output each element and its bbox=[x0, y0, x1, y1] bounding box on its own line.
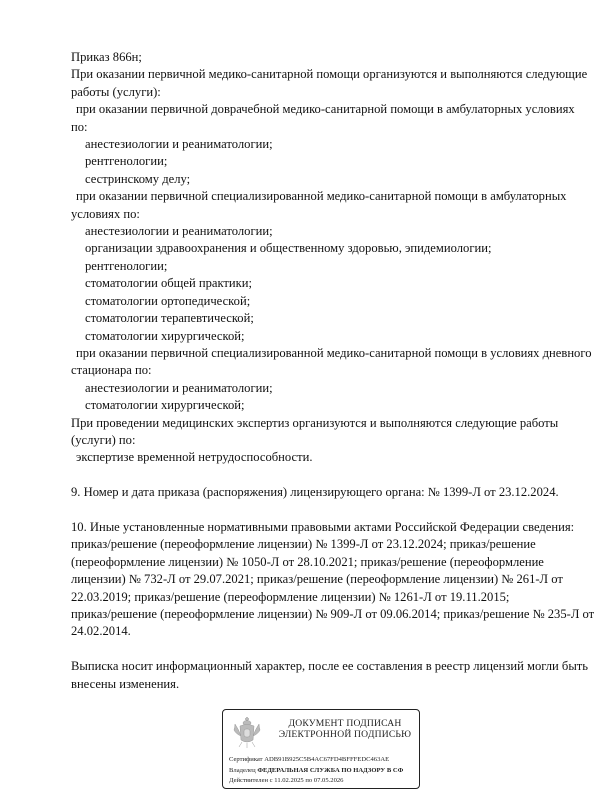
text-line: стоматологии хирургической; bbox=[71, 397, 581, 414]
stamp-title-line1: ДОКУМЕНТ ПОДПИСАН bbox=[275, 718, 415, 729]
blank-line bbox=[71, 467, 581, 484]
text-line: 9. Номер и дата приказа (распоряжения) л… bbox=[71, 484, 581, 501]
certificate-value: ADB91B925C5B4AC67FD4BFFFEDC463AE bbox=[264, 756, 389, 763]
text-line: лицензии) № 732-Л от 29.07.2021; приказ/… bbox=[71, 571, 581, 588]
text-line: рентгенологии; bbox=[71, 153, 581, 170]
text-line: стоматологии общей практики; bbox=[71, 275, 581, 292]
electronic-signature-stamp: ДОКУМЕНТ ПОДПИСАН ЭЛЕКТРОННОЙ ПОДПИСЬЮ С… bbox=[222, 709, 420, 789]
stamp-details: Сертификат ADB91B925C5B4AC67FD4BFFFEDC46… bbox=[229, 755, 403, 787]
text-line: стационара по: bbox=[71, 362, 581, 379]
text-line: 24.02.2014. bbox=[71, 623, 581, 640]
text-line: при оказании первичной специализированно… bbox=[71, 345, 581, 362]
text-line: Выписка носит информационный характер, п… bbox=[71, 658, 581, 675]
text-line: внесены изменения. bbox=[71, 676, 581, 693]
stamp-title-line2: ЭЛЕКТРОННОЙ ПОДПИСЬЮ bbox=[275, 729, 415, 740]
owner-line: Владелец ФЕДЕРАЛЬНАЯ СЛУЖБА ПО НАДЗОРУ В… bbox=[229, 766, 403, 777]
text-line: рентгенологии; bbox=[71, 258, 581, 275]
blank-line bbox=[71, 502, 581, 519]
text-line: стоматологии хирургической; bbox=[71, 328, 581, 345]
text-line: анестезиологии и реаниматологии; bbox=[71, 136, 581, 153]
text-line: анестезиологии и реаниматологии; bbox=[71, 223, 581, 240]
text-line: условиях по: bbox=[71, 206, 581, 223]
text-line: приказ/решение (переоформление лицензии)… bbox=[71, 606, 581, 623]
owner-value: ФЕДЕРАЛЬНАЯ СЛУЖБА ПО НАДЗОРУ В СФ bbox=[257, 767, 403, 774]
text-line: сестринскому делу; bbox=[71, 171, 581, 188]
owner-label: Владелец bbox=[229, 767, 256, 774]
text-line: стоматологии терапевтической; bbox=[71, 310, 581, 327]
text-line: (услуги) по: bbox=[71, 432, 581, 449]
text-line: приказ/решение (переоформление лицензии)… bbox=[71, 536, 581, 553]
stamp-title: ДОКУМЕНТ ПОДПИСАН ЭЛЕКТРОННОЙ ПОДПИСЬЮ bbox=[275, 718, 415, 740]
text-line: при оказании первичной доврачебной медик… bbox=[71, 101, 581, 118]
text-line: При проведении медицинских экспертиз орг… bbox=[71, 415, 581, 432]
text-line: работы (услуги): bbox=[71, 84, 581, 101]
document-body: Приказ 866н;При оказании первичной медик… bbox=[71, 49, 581, 693]
text-line: Приказ 866н; bbox=[71, 49, 581, 66]
text-line: стоматологии ортопедической; bbox=[71, 293, 581, 310]
text-line: экспертизе временной нетрудоспособности. bbox=[71, 449, 581, 466]
text-line: анестезиологии и реаниматологии; bbox=[71, 380, 581, 397]
text-line: 22.03.2019; приказ/решение (переоформлен… bbox=[71, 589, 581, 606]
certificate-line: Сертификат ADB91B925C5B4AC67FD4BFFFEDC46… bbox=[229, 755, 403, 766]
text-line: организации здравоохранения и общественн… bbox=[71, 240, 581, 257]
text-line: (переоформление лицензии) № 1050-Л от 28… bbox=[71, 554, 581, 571]
certificate-label: Сертификат bbox=[229, 756, 263, 763]
blank-line bbox=[71, 641, 581, 658]
text-line: 10. Иные установленные нормативными прав… bbox=[71, 519, 581, 536]
text-line: При оказании первичной медико-санитарной… bbox=[71, 66, 581, 83]
validity-line: Действителен с 11.02.2025 по 07.05.2026 bbox=[229, 776, 403, 787]
text-line: по: bbox=[71, 119, 581, 136]
text-line: при оказании первичной специализированно… bbox=[71, 188, 581, 205]
coat-of-arms-icon bbox=[231, 714, 263, 750]
